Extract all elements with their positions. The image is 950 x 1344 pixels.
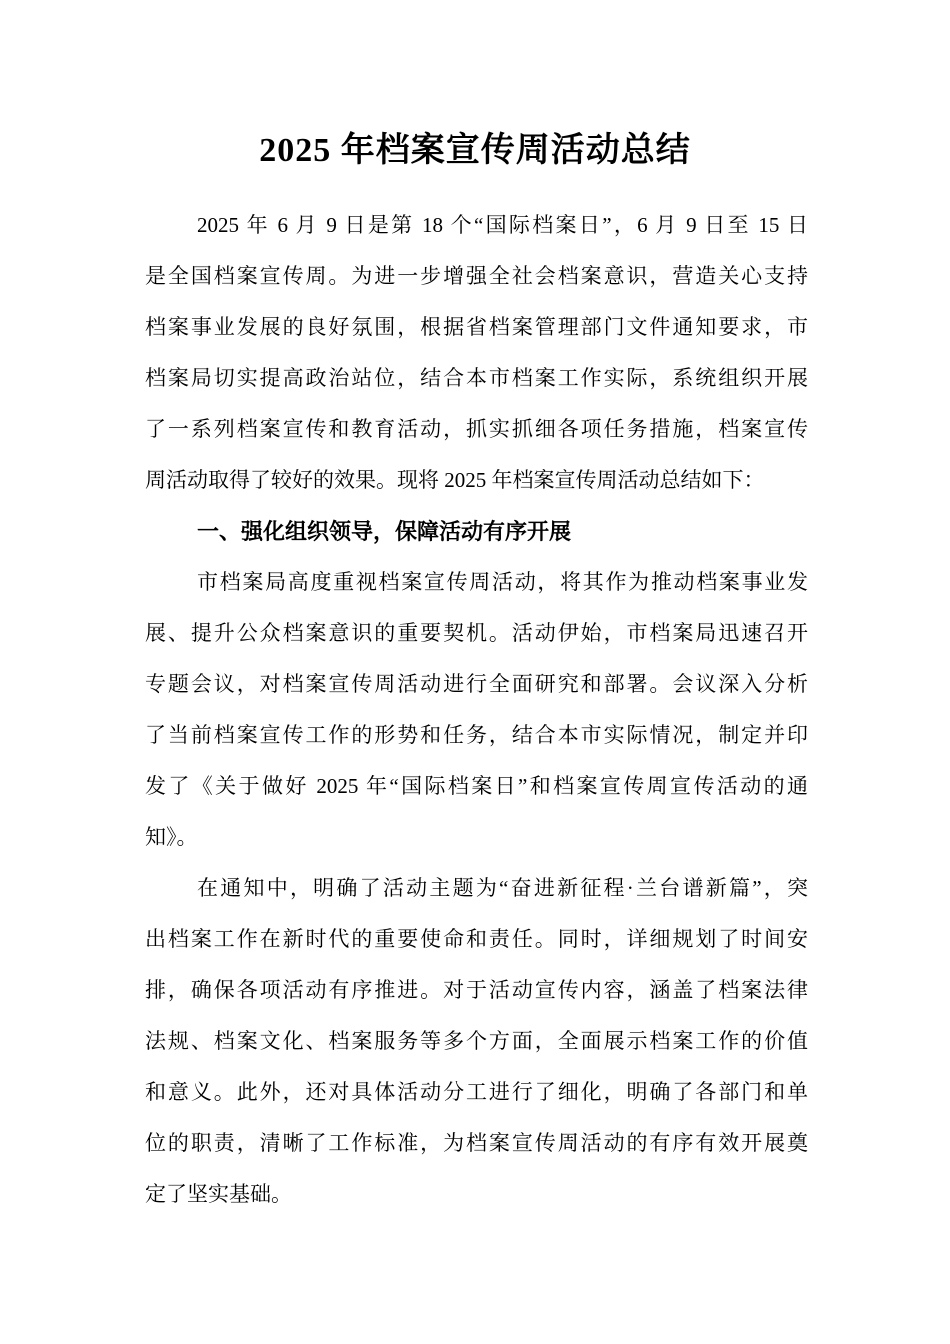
- text-line: 是全国档案宣传周。为进一步增强全社会档案意识，营造关心支持: [145, 251, 808, 302]
- text-line: 周活动取得了较好的效果。现将 2025 年档案宣传周活动总结如下：: [145, 455, 808, 506]
- text-line: 了当前档案宣传工作的形势和任务，结合本市实际情况，制定并印: [145, 710, 808, 761]
- text-line: 定了坚实基础。: [145, 1169, 808, 1220]
- text-line: 档案局切实提高政治站位，结合本市档案工作实际，系统组织开展: [145, 353, 808, 404]
- text-line: 了一系列档案宣传和教育活动，抓实抓细各项任务措施，档案宣传: [145, 404, 808, 455]
- text-line: 2025 年 6 月 9 日是第 18 个“国际档案日”，6 月 9 日至 15…: [145, 200, 808, 251]
- text-line: 市档案局高度重视档案宣传周活动，将其作为推动档案事业发: [145, 557, 808, 608]
- section-heading: 一、强化组织领导，保障活动有序开展: [145, 506, 808, 557]
- document-page: 2025 年档案宣传周活动总结 2025 年 6 月 9 日是第 18 个“国际…: [0, 0, 950, 1344]
- text-line: 法规、档案文化、档案服务等多个方面，全面展示档案工作的价值: [145, 1016, 808, 1067]
- text-line: 和意义。此外，还对具体活动分工进行了细化，明确了各部门和单: [145, 1067, 808, 1118]
- text-line: 知》。: [145, 812, 808, 863]
- text-line: 在通知中，明确了活动主题为“奋进新征程·兰台谱新篇”，突: [145, 863, 808, 914]
- text-line: 档案事业发展的良好氛围，根据省档案管理部门文件通知要求，市: [145, 302, 808, 353]
- text-line: 出档案工作在新时代的重要使命和责任。同时，详细规划了时间安: [145, 914, 808, 965]
- text-line: 专题会议，对档案宣传周活动进行全面研究和部署。会议深入分析: [145, 659, 808, 710]
- document-title: 2025 年档案宣传周活动总结: [0, 124, 950, 178]
- text-line: 排，确保各项活动有序推进。对于活动宣传内容，涵盖了档案法律: [145, 965, 808, 1016]
- text-line: 位的职责，清晰了工作标准，为档案宣传周活动的有序有效开展奠: [145, 1118, 808, 1169]
- document-body: 2025 年 6 月 9 日是第 18 个“国际档案日”，6 月 9 日至 15…: [145, 200, 808, 1220]
- text-line: 展、提升公众档案意识的重要契机。活动伊始，市档案局迅速召开: [145, 608, 808, 659]
- text-line: 发了《关于做好 2025 年“国际档案日”和档案宣传周宣传活动的通: [145, 761, 808, 812]
